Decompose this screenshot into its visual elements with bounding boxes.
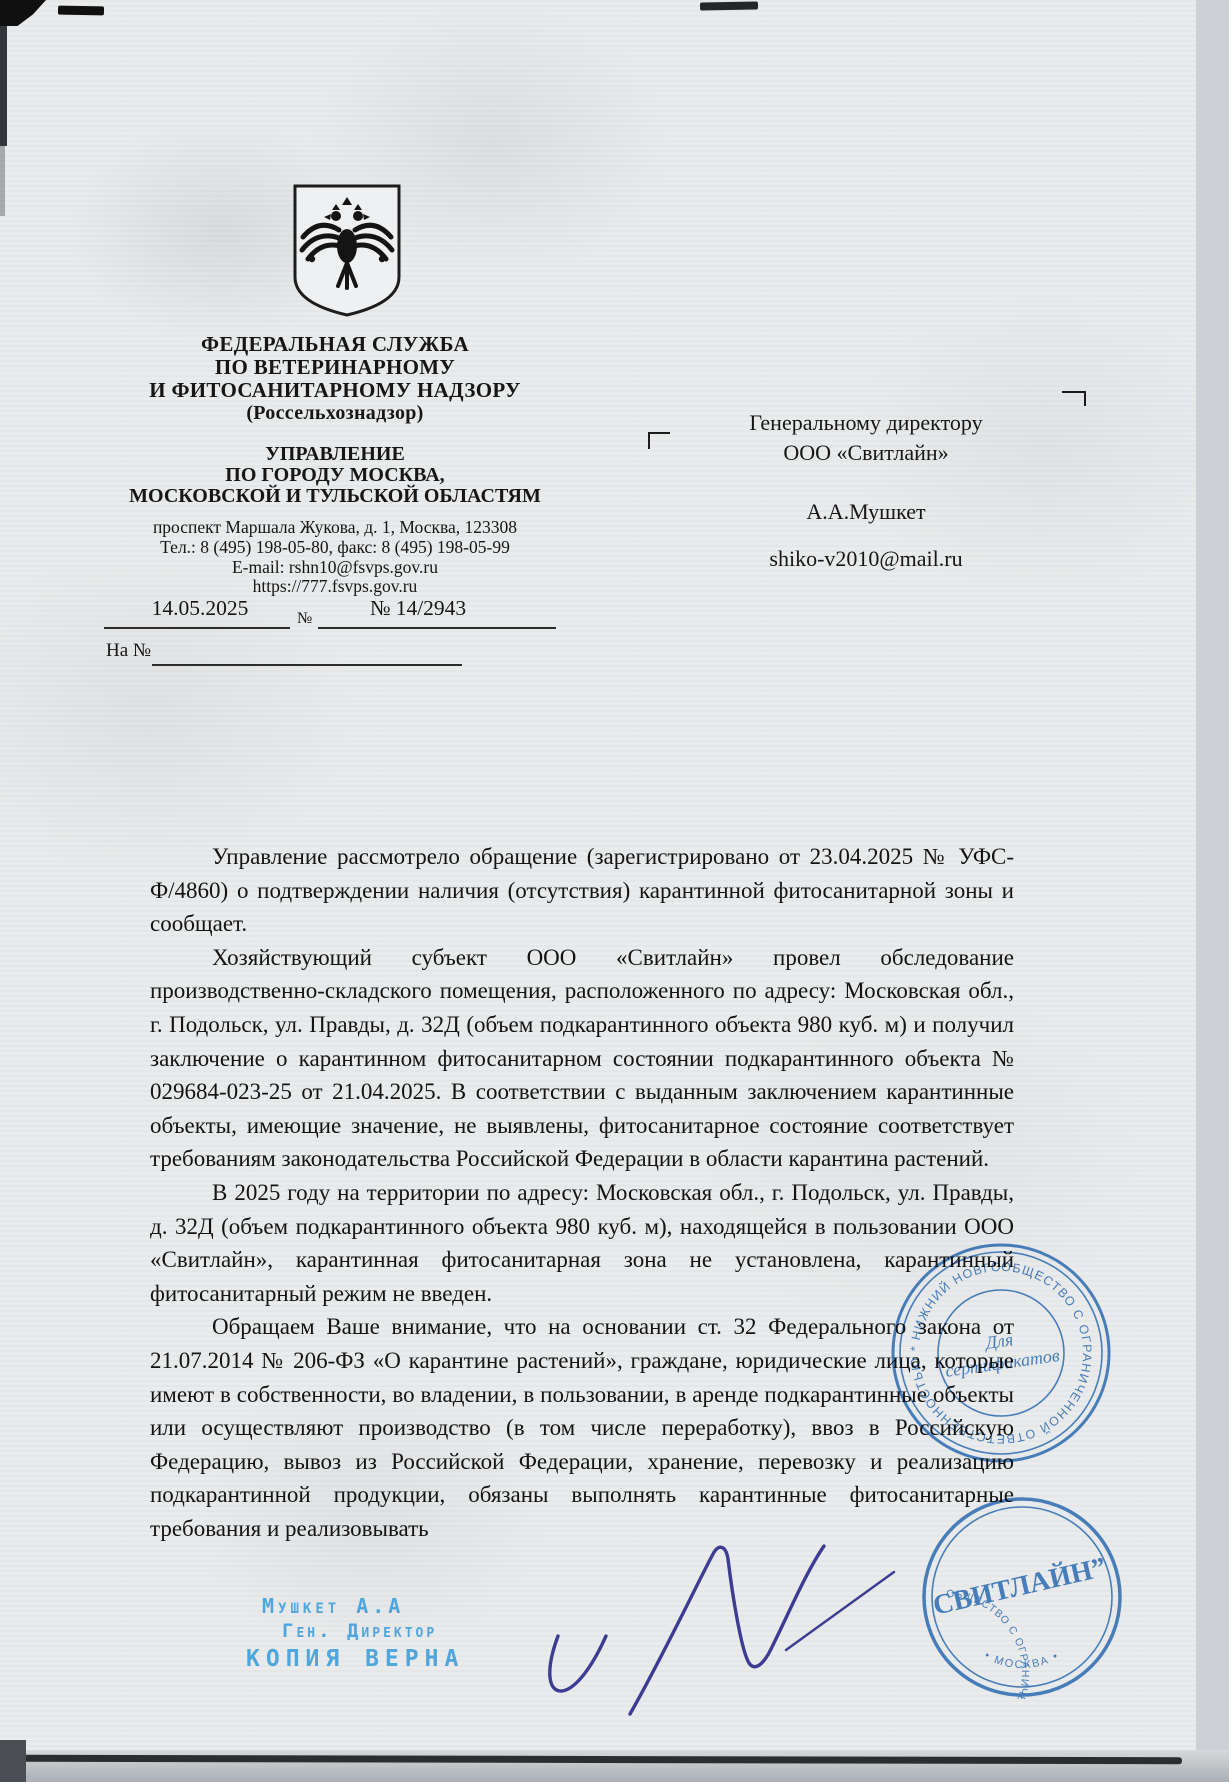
svitline-round-stamp: ОБЩЕСТВО С ОГРАНИЧЕННОЙ ОТВЕТСТВЕННОСТЬЮ… bbox=[920, 1495, 1124, 1699]
number-underline bbox=[318, 627, 556, 629]
body-paragraph-4: Обращаем Ваше внимание, что на основании… bbox=[150, 1310, 1014, 1545]
org-name-line-3: И ФИТОСАНИТАРНОМУ НАДЗОРУ bbox=[88, 378, 582, 403]
letter-date: 14.05.2025 bbox=[110, 596, 290, 621]
svitline-stamp-center-text: СВИТЛАЙН” bbox=[930, 1552, 1109, 1622]
org-phone: Тел.: 8 (495) 198-05-80, факс: 8 (495) 1… bbox=[88, 537, 582, 558]
org-name-line-2: ПО ВЕТЕРИНАРНОМУ bbox=[88, 355, 582, 380]
cert-stamp-center-text: Для сертификатов bbox=[941, 1323, 1061, 1381]
scan-artifact-left-edge bbox=[0, 26, 7, 146]
body-paragraph-1: Управление рассмотрело обращение (зареги… bbox=[150, 840, 1014, 941]
ref-number-underline bbox=[152, 664, 462, 666]
scanned-letter-page: ФЕДЕРАЛЬНАЯ СЛУЖБА ПО ВЕТЕРИНАРНОМУ И ФИ… bbox=[0, 0, 1229, 1782]
letter-body: Управление рассмотрело обращение (зареги… bbox=[150, 840, 1014, 1545]
scan-artifact-top-dash-2 bbox=[700, 1, 758, 10]
copy-stamp-name: Мушкет А.А bbox=[262, 1594, 404, 1618]
address-corner-bracket-right bbox=[1062, 391, 1086, 406]
recipient-name: А.А.Мушкет bbox=[660, 499, 1072, 525]
dept-line-2: ПО ГОРОДУ МОСКВА, bbox=[88, 464, 582, 487]
letter-number: № 14/2943 bbox=[318, 596, 518, 621]
signature-strokes bbox=[400, 1520, 920, 1730]
ref-number-label: На № bbox=[106, 640, 151, 662]
coat-of-arms-emblem bbox=[288, 180, 406, 322]
cert-round-stamp: ОБЩЕСТВО С ОГРАНИЧЕННОЙ ОТВЕТСТВЕННОСТЬЮ… bbox=[889, 1241, 1113, 1465]
body-paragraph-2: Хозяйствующий субъект ООО «Свитлайн» про… bbox=[150, 941, 1014, 1176]
org-address: проспект Маршала Жукова, д. 1, Москва, 1… bbox=[88, 517, 582, 538]
recipient-title: Генеральному директору bbox=[660, 410, 1072, 436]
scan-artifact-top-dash bbox=[58, 6, 104, 16]
recipient-company: ООО «Свитлайн» bbox=[660, 440, 1072, 466]
recipient-email: shiko-v2010@mail.ru bbox=[660, 546, 1072, 572]
org-website: https://777.fsvps.gov.ru bbox=[88, 576, 582, 597]
org-name-line-1: ФЕДЕРАЛЬНАЯ СЛУЖБА bbox=[88, 332, 582, 357]
scanner-margin-strip bbox=[1196, 0, 1229, 1782]
scan-artifact-top-left bbox=[0, 0, 46, 26]
dept-line-1: УПРАВЛЕНИЕ bbox=[88, 443, 582, 466]
scan-artifact-left-smudge bbox=[0, 146, 5, 216]
body-paragraph-3: В 2025 году на территории по адресу: Мос… bbox=[150, 1176, 1014, 1310]
org-email: E-mail: rshn10@fsvps.gov.ru bbox=[88, 557, 582, 578]
scan-bottom-corner bbox=[0, 1740, 26, 1782]
dept-line-3: МОСКОВСКОЙ И ТУЛЬСКОЙ ОБЛАСТЯМ bbox=[88, 485, 582, 508]
number-sign-label: № bbox=[297, 610, 312, 628]
date-underline bbox=[104, 627, 290, 629]
org-short-name: (Россельхознадзор) bbox=[88, 402, 582, 425]
svg-text:Для: Для bbox=[982, 1329, 1014, 1353]
